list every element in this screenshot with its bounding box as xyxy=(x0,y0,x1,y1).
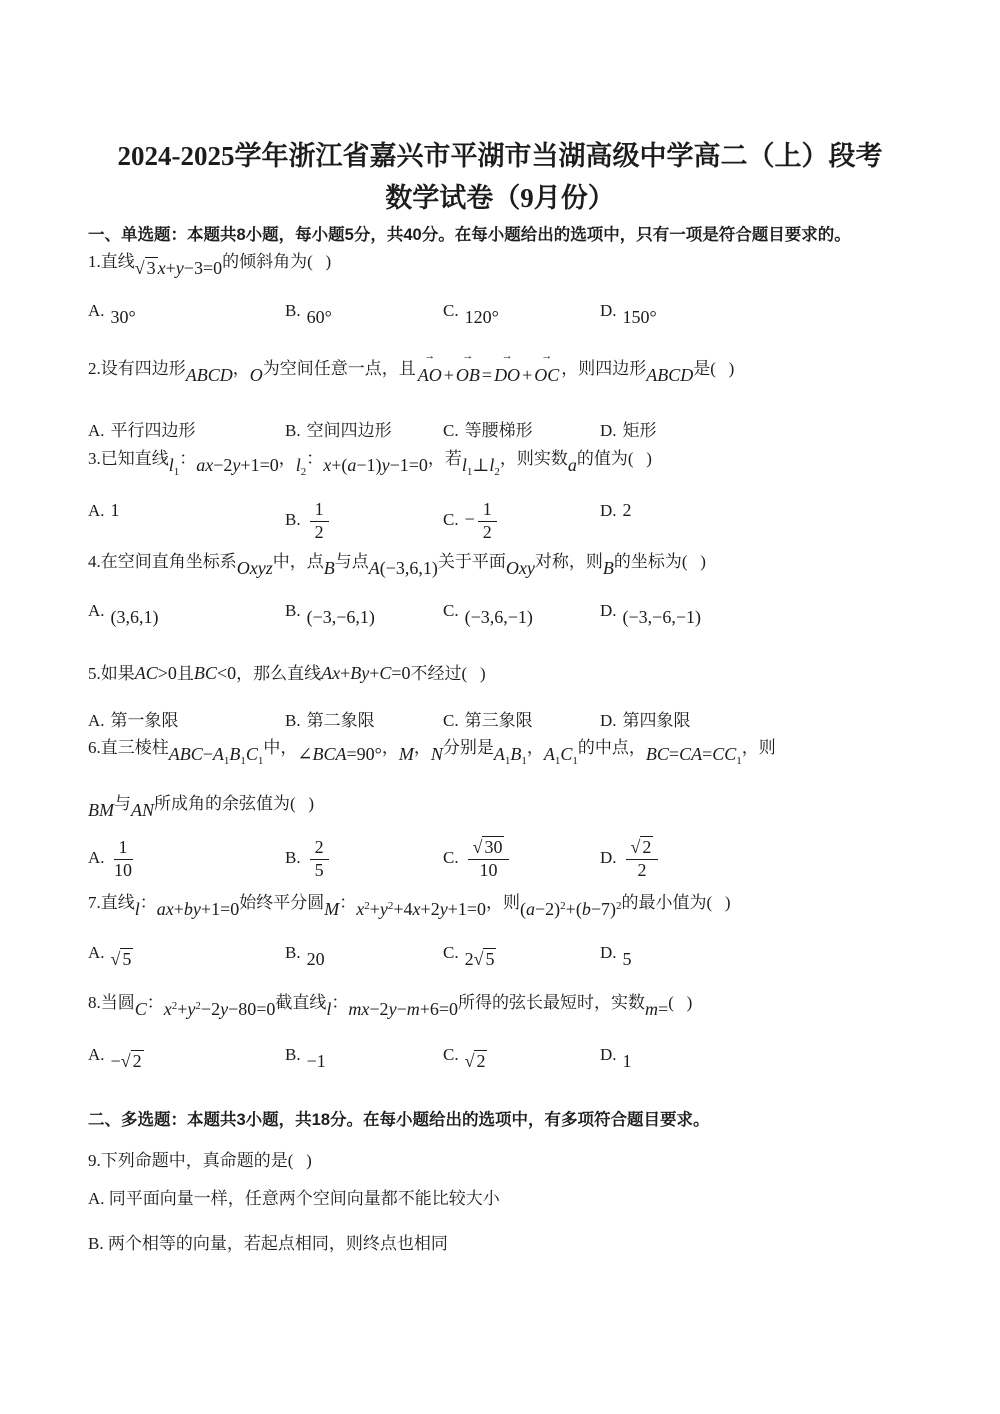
option-label: A. xyxy=(88,711,105,730)
option-C: C.√3010 xyxy=(443,838,600,881)
option-label: B. xyxy=(285,421,301,440)
option-label: C. xyxy=(443,421,459,440)
option-B: B.20 xyxy=(285,942,443,963)
option-A: A.1 xyxy=(88,500,285,521)
option-B: B.25 xyxy=(285,838,443,881)
option-label: B. xyxy=(285,943,301,962)
option-label: D. xyxy=(600,848,617,867)
option-value: 25 xyxy=(307,848,332,867)
option-label: C. xyxy=(443,1045,459,1064)
question-3-stem: 3.已知直线l1：ax−2y+1=0，l2：x+(a−1)y−1=0，若l1⊥l… xyxy=(88,447,652,472)
question-7-stem: 7.直线l：ax+by+1=0始终平分圆M：x2+y2+4x+2y+1=0，则(… xyxy=(88,891,731,914)
option-label: C. xyxy=(443,301,459,320)
option-A: A.−√2 xyxy=(88,1044,285,1065)
option-D: D.5 xyxy=(600,942,968,963)
option-value: √5 xyxy=(111,950,134,969)
option-A: A.30° xyxy=(88,300,285,321)
option-value: 12 xyxy=(307,510,332,529)
option-label: D. xyxy=(600,601,617,620)
option-value: 矩形 xyxy=(623,421,657,440)
vector-arrow-icon: → xyxy=(462,351,473,362)
option-D: D.矩形 xyxy=(600,416,968,441)
question-6-options: A.110B.25C.√3010D.√22 xyxy=(88,838,968,881)
option-label: C. xyxy=(443,943,459,962)
option-label: A. xyxy=(88,421,105,440)
option-B: B.空间四边形 xyxy=(285,416,443,441)
question-4-stem: 4.在空间直角坐标系Oxyz中，点B与点A(−3,6,1)关于平面Oxy对称，则… xyxy=(88,550,706,573)
question-8-options: A.−√2B.−1C.√2D.1 xyxy=(88,1044,968,1065)
option-label: A. xyxy=(88,943,105,962)
question-2-options: A.平行四边形B.空间四边形C.等腰梯形D.矩形 xyxy=(88,416,968,441)
section1-header: 一、单选题：本题共8小题，每小题5分，共40分。在每小题给出的选项中，只有一项是… xyxy=(88,221,960,245)
option-D: D.√22 xyxy=(600,838,968,881)
option-value: 1 xyxy=(623,1052,632,1071)
option-value: √22 xyxy=(623,848,662,867)
exam-paper-page: 2024-2025学年浙江省嘉兴市平湖市当湖高级中学高二（上）段考 数学试卷（9… xyxy=(0,0,1000,1414)
option-value: −1 xyxy=(307,1052,326,1071)
option-A: A.√5 xyxy=(88,942,285,963)
option-label: C. xyxy=(443,711,459,730)
question-5-options: A.第一象限B.第二象限C.第三象限D.第四象限 xyxy=(88,706,968,731)
option-A: A.第一象限 xyxy=(88,706,285,731)
vector-arrow-icon: → xyxy=(424,351,435,362)
question-7-options: A.√5B.20C.2√5D.5 xyxy=(88,942,968,963)
option-A: A.110 xyxy=(88,838,285,881)
option-C: C.120° xyxy=(443,300,600,321)
option-value: −√2 xyxy=(111,1052,144,1071)
option-value: √3010 xyxy=(465,848,513,867)
option-B: B.第二象限 xyxy=(285,706,443,731)
question-9-option-a: A. 同平面向量一样，任意两个空间向量都不能比较大小 xyxy=(88,1188,500,1210)
option-value: 第四象限 xyxy=(623,711,691,730)
option-value: 平行四边形 xyxy=(111,421,196,440)
option-C: C.等腰梯形 xyxy=(443,416,600,441)
option-value: 110 xyxy=(111,848,136,867)
question-2-stem: 2.设有四边形ABCD，O为空间任意一点，且→AO+→OB=→DO+→OC，则四… xyxy=(88,357,734,380)
option-B: B.12 xyxy=(285,500,443,543)
vector-arrow-icon: → xyxy=(541,351,552,362)
option-value: 第三象限 xyxy=(465,711,533,730)
option-C: C.(−3,6,−1) xyxy=(443,600,600,621)
option-label: A. xyxy=(88,501,105,520)
option-value: 1 xyxy=(111,501,120,520)
question-9-stem: 9.下列命题中，真命题的是( ) xyxy=(88,1150,312,1172)
question-9-option-b: B. 两个相等的向量，若起点相同，则终点也相同 xyxy=(88,1233,448,1255)
vector-arrow-icon: → xyxy=(502,351,513,362)
option-B: B.−1 xyxy=(285,1044,443,1065)
option-value: (3,6,1) xyxy=(111,608,159,627)
option-B: B.60° xyxy=(285,300,443,321)
option-value: 2 xyxy=(623,501,632,520)
option-C: C.2√5 xyxy=(443,942,600,963)
option-value: 20 xyxy=(307,950,325,969)
option-label: C. xyxy=(443,601,459,620)
option-C: C.√2 xyxy=(443,1044,600,1065)
option-A: A.平行四边形 xyxy=(88,416,285,441)
option-value: 第二象限 xyxy=(307,711,375,730)
option-D: D.(−3,−6,−1) xyxy=(600,600,968,621)
option-B: B.(−3,−6,1) xyxy=(285,600,443,621)
question-6-stem-line2: BM与AN所成角的余弦值为( ) xyxy=(88,792,314,815)
option-label: A. xyxy=(88,1045,105,1064)
option-D: D.2 xyxy=(600,500,968,521)
option-value: √2 xyxy=(465,1052,488,1071)
option-label: C. xyxy=(443,848,459,867)
option-value: 5 xyxy=(623,950,632,969)
option-value: 60° xyxy=(307,308,332,327)
option-label: B. xyxy=(285,601,301,620)
option-label: D. xyxy=(600,943,617,962)
option-value: (−3,−6,−1) xyxy=(623,608,701,627)
option-label: B. xyxy=(285,301,301,320)
option-label: D. xyxy=(600,711,617,730)
option-value: 150° xyxy=(623,308,657,327)
option-label: B. xyxy=(285,711,301,730)
question-1-stem: 1.直线√3x+y−3=0的倾斜角为( ) xyxy=(88,250,331,273)
option-value: 第一象限 xyxy=(111,711,179,730)
option-label: D. xyxy=(600,301,617,320)
exam-title-line1: 2024-2025学年浙江省嘉兴市平湖市当湖高级中学高二（上）段考 xyxy=(0,134,1000,173)
option-value: (−3,−6,1) xyxy=(307,608,375,627)
option-value: 120° xyxy=(465,308,499,327)
option-value: 30° xyxy=(111,308,136,327)
section2-header: 二、多选题：本题共3小题，共18分。在每小题给出的选项中，有多项符合题目要求。 xyxy=(88,1106,960,1130)
option-label: A. xyxy=(88,848,105,867)
option-label: D. xyxy=(600,501,617,520)
option-D: D.1 xyxy=(600,1044,968,1065)
option-label: B. xyxy=(285,848,301,867)
question-8-stem: 8.当圆C：x2+y2−2y−80=0截直线l：mx−2y−m+6=0所得的弦长… xyxy=(88,991,692,1014)
option-value: 2√5 xyxy=(465,950,497,969)
option-D: D.第四象限 xyxy=(600,706,968,731)
option-label: A. xyxy=(88,601,105,620)
option-C: C.−12 xyxy=(443,500,600,543)
question-1-options: A.30°B.60°C.120°D.150° xyxy=(88,300,968,321)
option-label: A. xyxy=(88,301,105,320)
exam-title-line2: 数学试卷（9月份） xyxy=(0,176,1000,215)
option-C: C.第三象限 xyxy=(443,706,600,731)
question-6-stem-line1: 6.直三棱柱ABC−A1B1C1中，∠BCA=90°，M，N分别是A1B1，A1… xyxy=(88,736,776,761)
option-label: B. xyxy=(285,1045,301,1064)
question-5-stem: 5.如果AC>0且BC<0，那么直线Ax+By+C=0不经过( ) xyxy=(88,662,486,685)
option-label: D. xyxy=(600,421,617,440)
option-value: 空间四边形 xyxy=(307,421,392,440)
option-value: 等腰梯形 xyxy=(465,421,533,440)
option-label: D. xyxy=(600,1045,617,1064)
option-value: (−3,6,−1) xyxy=(465,608,533,627)
option-value: −12 xyxy=(465,510,500,529)
question-4-options: A.(3,6,1)B.(−3,−6,1)C.(−3,6,−1)D.(−3,−6,… xyxy=(88,600,968,621)
option-A: A.(3,6,1) xyxy=(88,600,285,621)
option-label: C. xyxy=(443,510,459,529)
option-label: B. xyxy=(285,510,301,529)
option-D: D.150° xyxy=(600,300,968,321)
question-3-options: A.1B.12C.−12D.2 xyxy=(88,500,968,543)
